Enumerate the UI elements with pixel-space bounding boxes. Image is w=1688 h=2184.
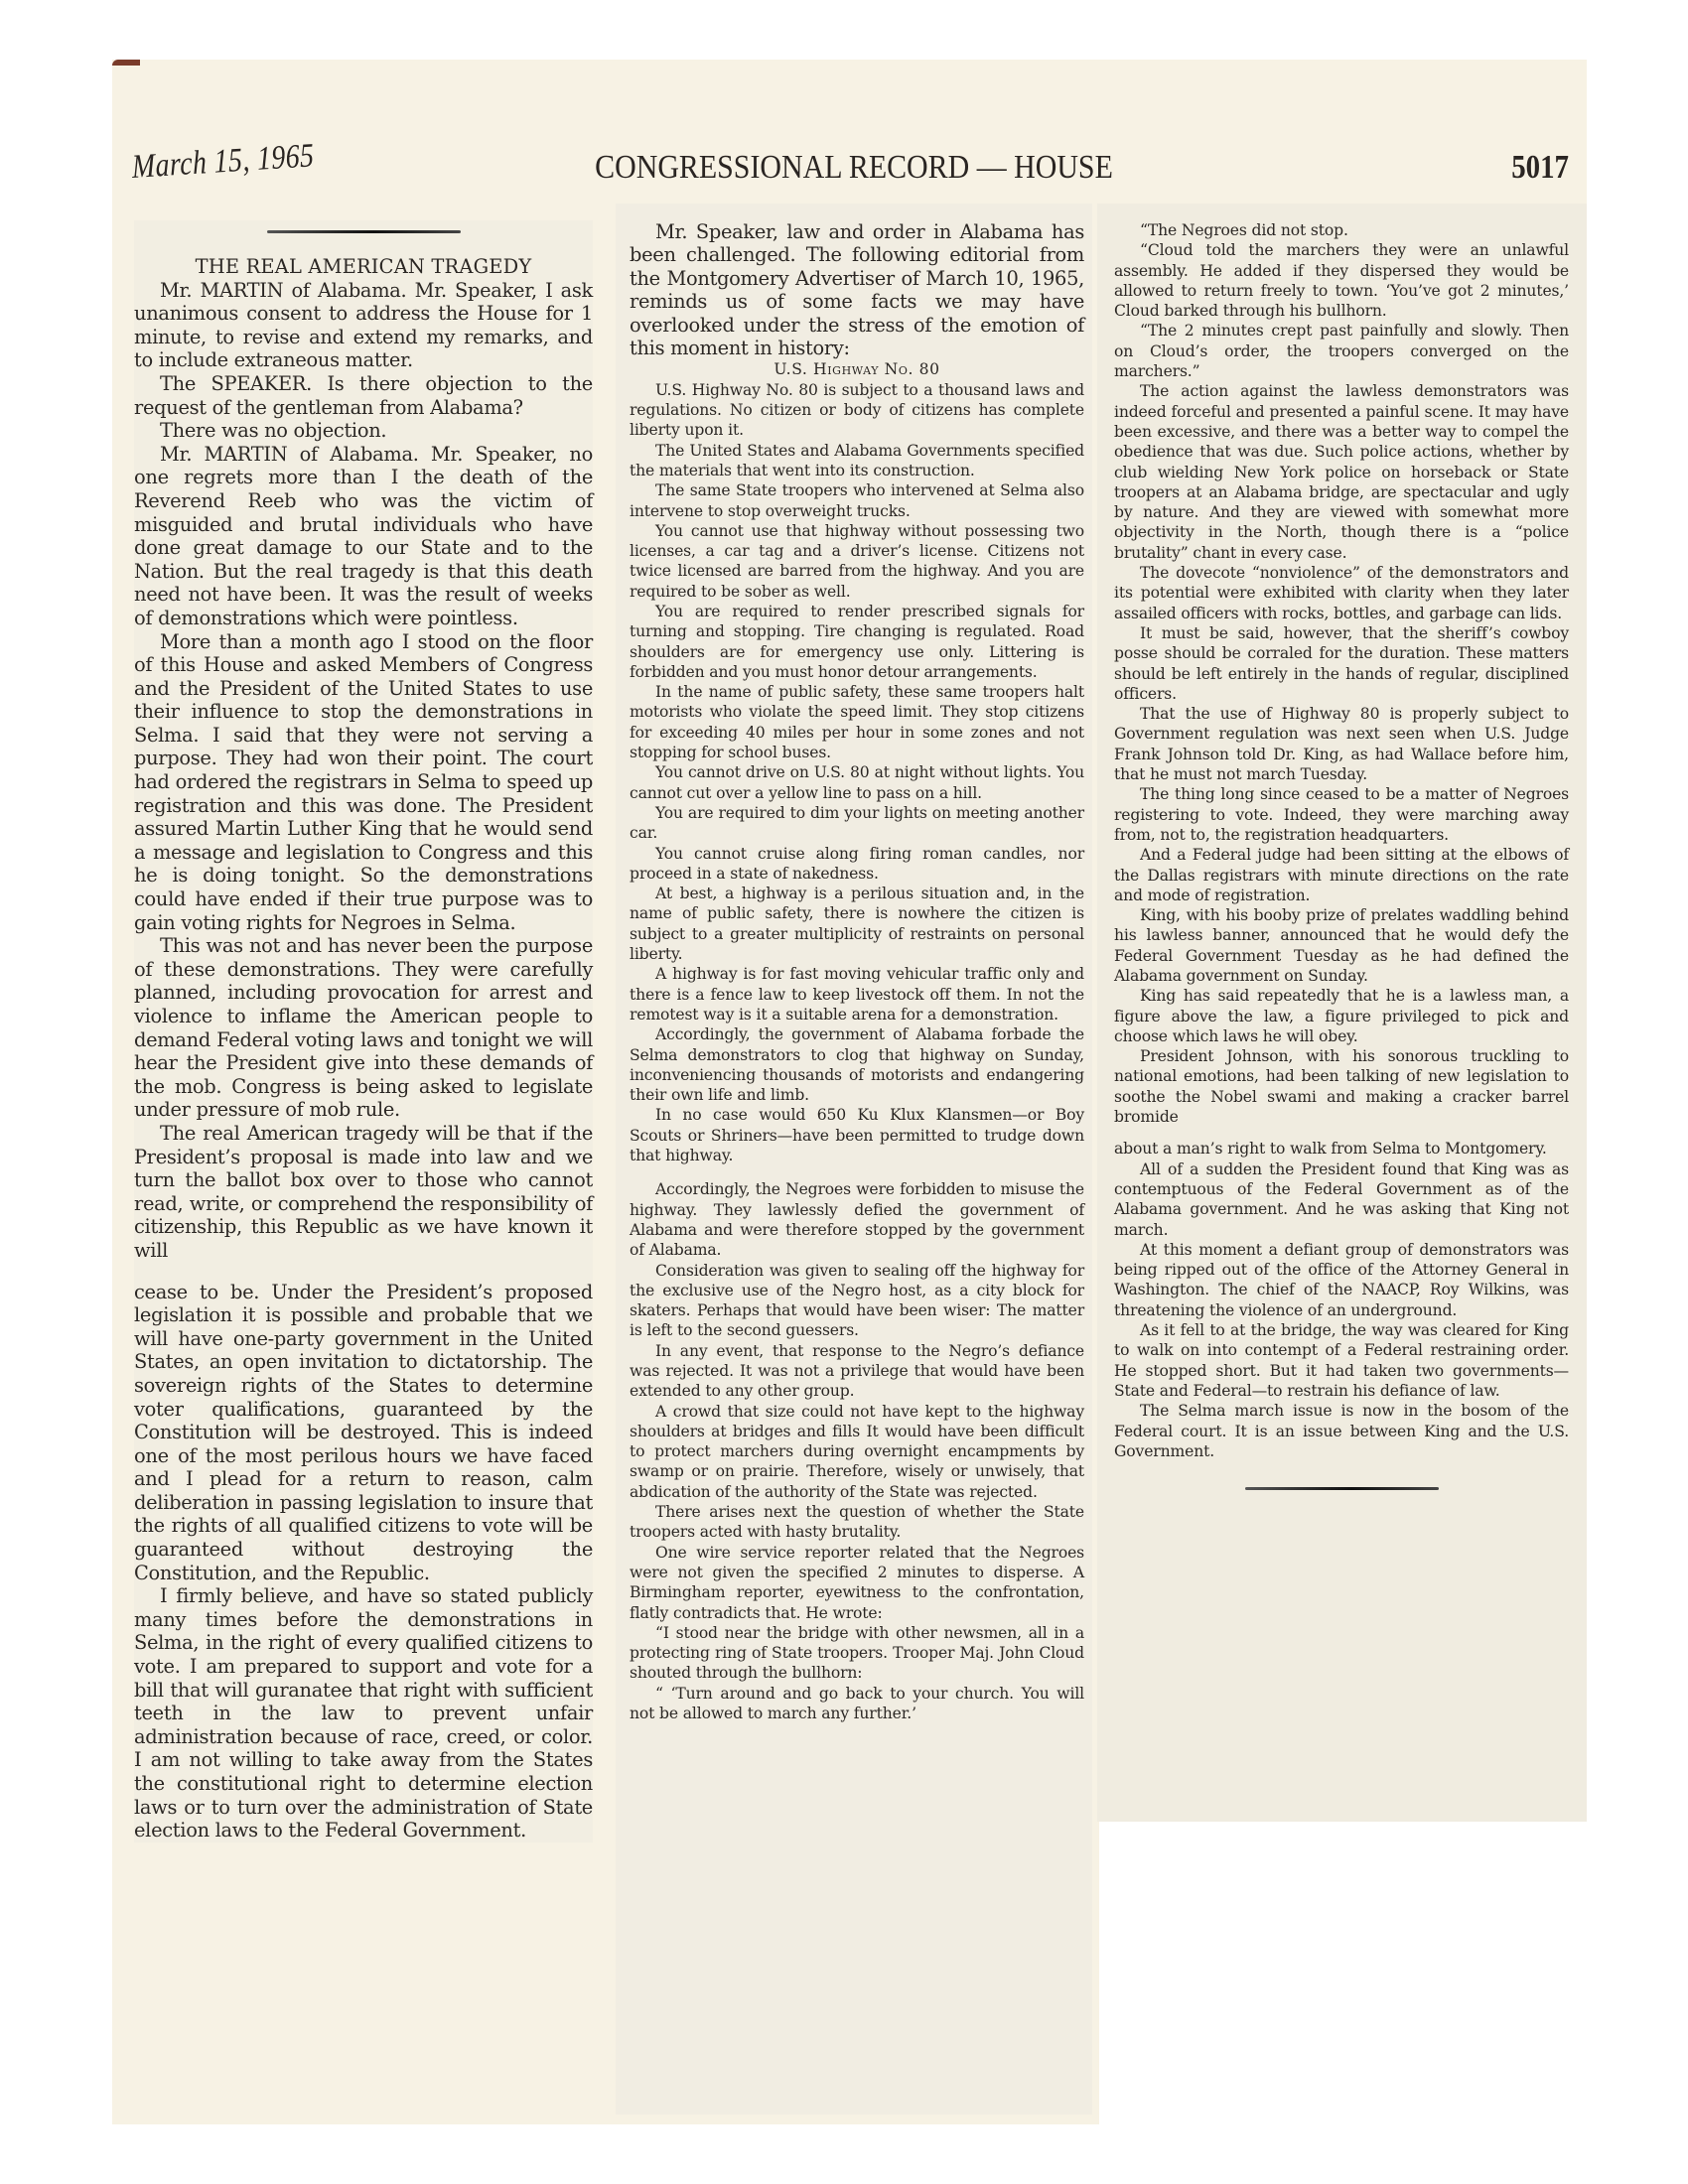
paragraph: In the name of public safety, these same…: [630, 682, 1084, 762]
quoted-paragraph: “ ‘Turn around and go back to your churc…: [630, 1684, 1084, 1724]
editorial-introduction: Mr. Speaker, law and order in Alabama ha…: [630, 220, 1084, 359]
scan-splice-gap: [630, 1165, 1084, 1179]
paragraph: You cannot use that highway without poss…: [630, 521, 1084, 602]
paragraph: You are required to render prescribed si…: [630, 602, 1084, 682]
paragraph: At best, a highway is a perilous situati…: [630, 884, 1084, 964]
paragraph: All of a sudden the President found that…: [1114, 1160, 1569, 1240]
quoted-paragraph: “The 2 minutes crept past painfully and …: [1114, 321, 1569, 381]
paragraph: At this moment a defiant group of demons…: [1114, 1240, 1569, 1320]
paragraph: It must be said, however, that the sheri…: [1114, 623, 1569, 704]
page-header: March 15, 1965 CONGRESSIONAL RECORD — HO…: [0, 0, 1688, 208]
paragraph: King has said repeatedly that he is a la…: [1114, 986, 1569, 1046]
paragraph: That the use of Highway 80 is properly s…: [1114, 704, 1569, 784]
column-1: THE REAL AMERICAN TRAGEDY Mr. MARTIN of …: [134, 220, 593, 1843]
paragraph: cease to be. Under the President’s propo…: [134, 1281, 593, 1585]
paragraph: Consideration was given to sealing off t…: [630, 1261, 1084, 1341]
scan-splice-gap: [1114, 1127, 1569, 1139]
paragraph: The Selma march issue is now in the boso…: [1114, 1401, 1569, 1461]
paragraph: Accordingly, the government of Alabama f…: [630, 1024, 1084, 1105]
paragraph: The SPEAKER. Is there objection to the r…: [134, 372, 593, 419]
paragraph: The United States and Alabama Government…: [630, 441, 1084, 481]
section-end-divider: [1245, 1487, 1439, 1490]
quoted-paragraph: “I stood near the bridge with other news…: [630, 1623, 1084, 1684]
paragraph: There arises next the question of whethe…: [630, 1502, 1084, 1543]
paragraph: You are required to dim your lights on m…: [630, 803, 1084, 844]
paragraph: You cannot drive on U.S. 80 at night wit…: [630, 762, 1084, 803]
editorial-title: U.S. Highway No. 80: [630, 359, 1084, 379]
paragraph: A highway is for fast moving vehicular t…: [630, 964, 1084, 1024]
paragraph: The real American tragedy will be that i…: [134, 1122, 593, 1263]
quoted-paragraph: “Cloud told the marchers they were an un…: [1114, 240, 1569, 321]
paragraph: As it fell to at the bridge, the way was…: [1114, 1320, 1569, 1401]
paragraph: Accordingly, the Negroes were forbidden …: [630, 1179, 1084, 1260]
paragraph: One wire service reporter related that t…: [630, 1543, 1084, 1623]
paragraph: And a Federal judge had been sitting at …: [1114, 845, 1569, 905]
paragraph: about a man’s right to walk from Selma t…: [1114, 1139, 1569, 1159]
paragraph: U.S. Highway No. 80 is subject to a thou…: [630, 380, 1084, 441]
page-number: 5017: [1477, 149, 1570, 187]
publication-title: CONGRESSIONAL RECORD — HOUSE: [548, 149, 1160, 187]
scan-splice-gap: [134, 1263, 593, 1281]
paragraph: The action against the lawless demonstra…: [1114, 381, 1569, 563]
paragraph: There was no objection.: [134, 419, 593, 443]
paragraph: The dovecote “nonviolence” of the demons…: [1114, 563, 1569, 623]
quoted-paragraph: “The Negroes did not stop.: [1114, 220, 1569, 240]
paragraph: Mr. MARTIN of Alabama. Mr. Speaker, no o…: [134, 443, 593, 630]
paragraph: Mr. MARTIN of Alabama. Mr. Speaker, I as…: [134, 279, 593, 372]
paragraph: In any event, that response to the Negro…: [630, 1341, 1084, 1402]
paragraph: You cannot cruise along firing roman can…: [630, 844, 1084, 885]
paragraph: In no case would 650 Ku Klux Klansmen—or…: [630, 1105, 1084, 1165]
paragraph: This was not and has never been the purp…: [134, 934, 593, 1122]
paragraph: A crowd that size could not have kept to…: [630, 1402, 1084, 1502]
paragraph: President Johnson, with his sonorous tru…: [1114, 1046, 1569, 1127]
paragraph: More than a month ago I stood on the flo…: [134, 630, 593, 935]
blank-area: [1099, 1822, 1688, 2184]
paragraph: I firmly believe, and have so stated pub…: [134, 1584, 593, 1843]
paragraph: The thing long since ceased to be a matt…: [1114, 784, 1569, 845]
section-divider: [267, 230, 461, 233]
column-2: Mr. Speaker, law and order in Alabama ha…: [630, 220, 1084, 1723]
paragraph: The same State troopers who intervened a…: [630, 480, 1084, 521]
issue-date: March 15, 1965: [131, 137, 315, 187]
paragraph: King, with his booby prize of prelates w…: [1114, 905, 1569, 986]
column-3: “The Negroes did not stop. “Cloud told t…: [1114, 220, 1569, 1490]
article-headline: THE REAL AMERICAN TRAGEDY: [134, 255, 593, 279]
